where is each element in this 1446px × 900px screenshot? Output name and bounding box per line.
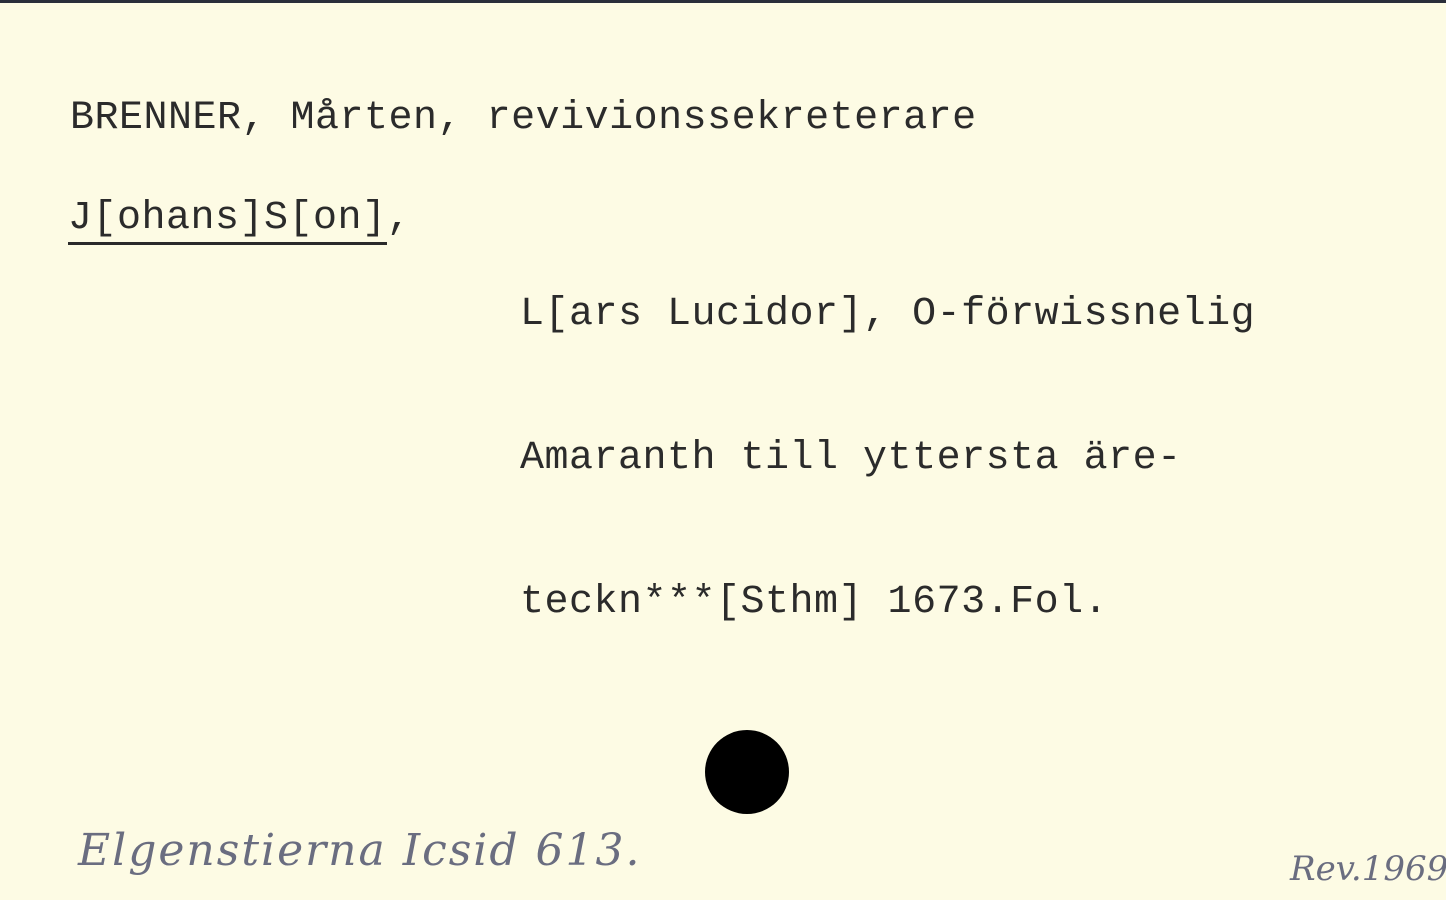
handwritten-location-note: Elgenstierna Icsid 613. <box>78 825 642 876</box>
card-heading: BRENNER, Mårten, revivionssekreterare <box>70 95 977 143</box>
title-block: L[ars Lucidor], O-förwissnelig Amaranth … <box>520 195 1255 723</box>
author-line: J[ohans]S[on], <box>68 195 411 243</box>
title-line-1: L[ars Lucidor], O-förwissnelig <box>520 291 1255 339</box>
title-line-3: teckn***[Sthm] 1673.Fol. <box>520 579 1255 627</box>
author-name: J[ohans]S[on] <box>68 196 387 245</box>
author-comma: , <box>387 196 412 241</box>
title-line-2: Amaranth till yttersta äre- <box>520 435 1255 483</box>
handwritten-revision-note: Rev.1969 <box>1290 849 1446 889</box>
catalog-card: BRENNER, Mårten, revivionssekreterare J[… <box>0 0 1446 900</box>
punch-hole-icon <box>705 730 789 814</box>
